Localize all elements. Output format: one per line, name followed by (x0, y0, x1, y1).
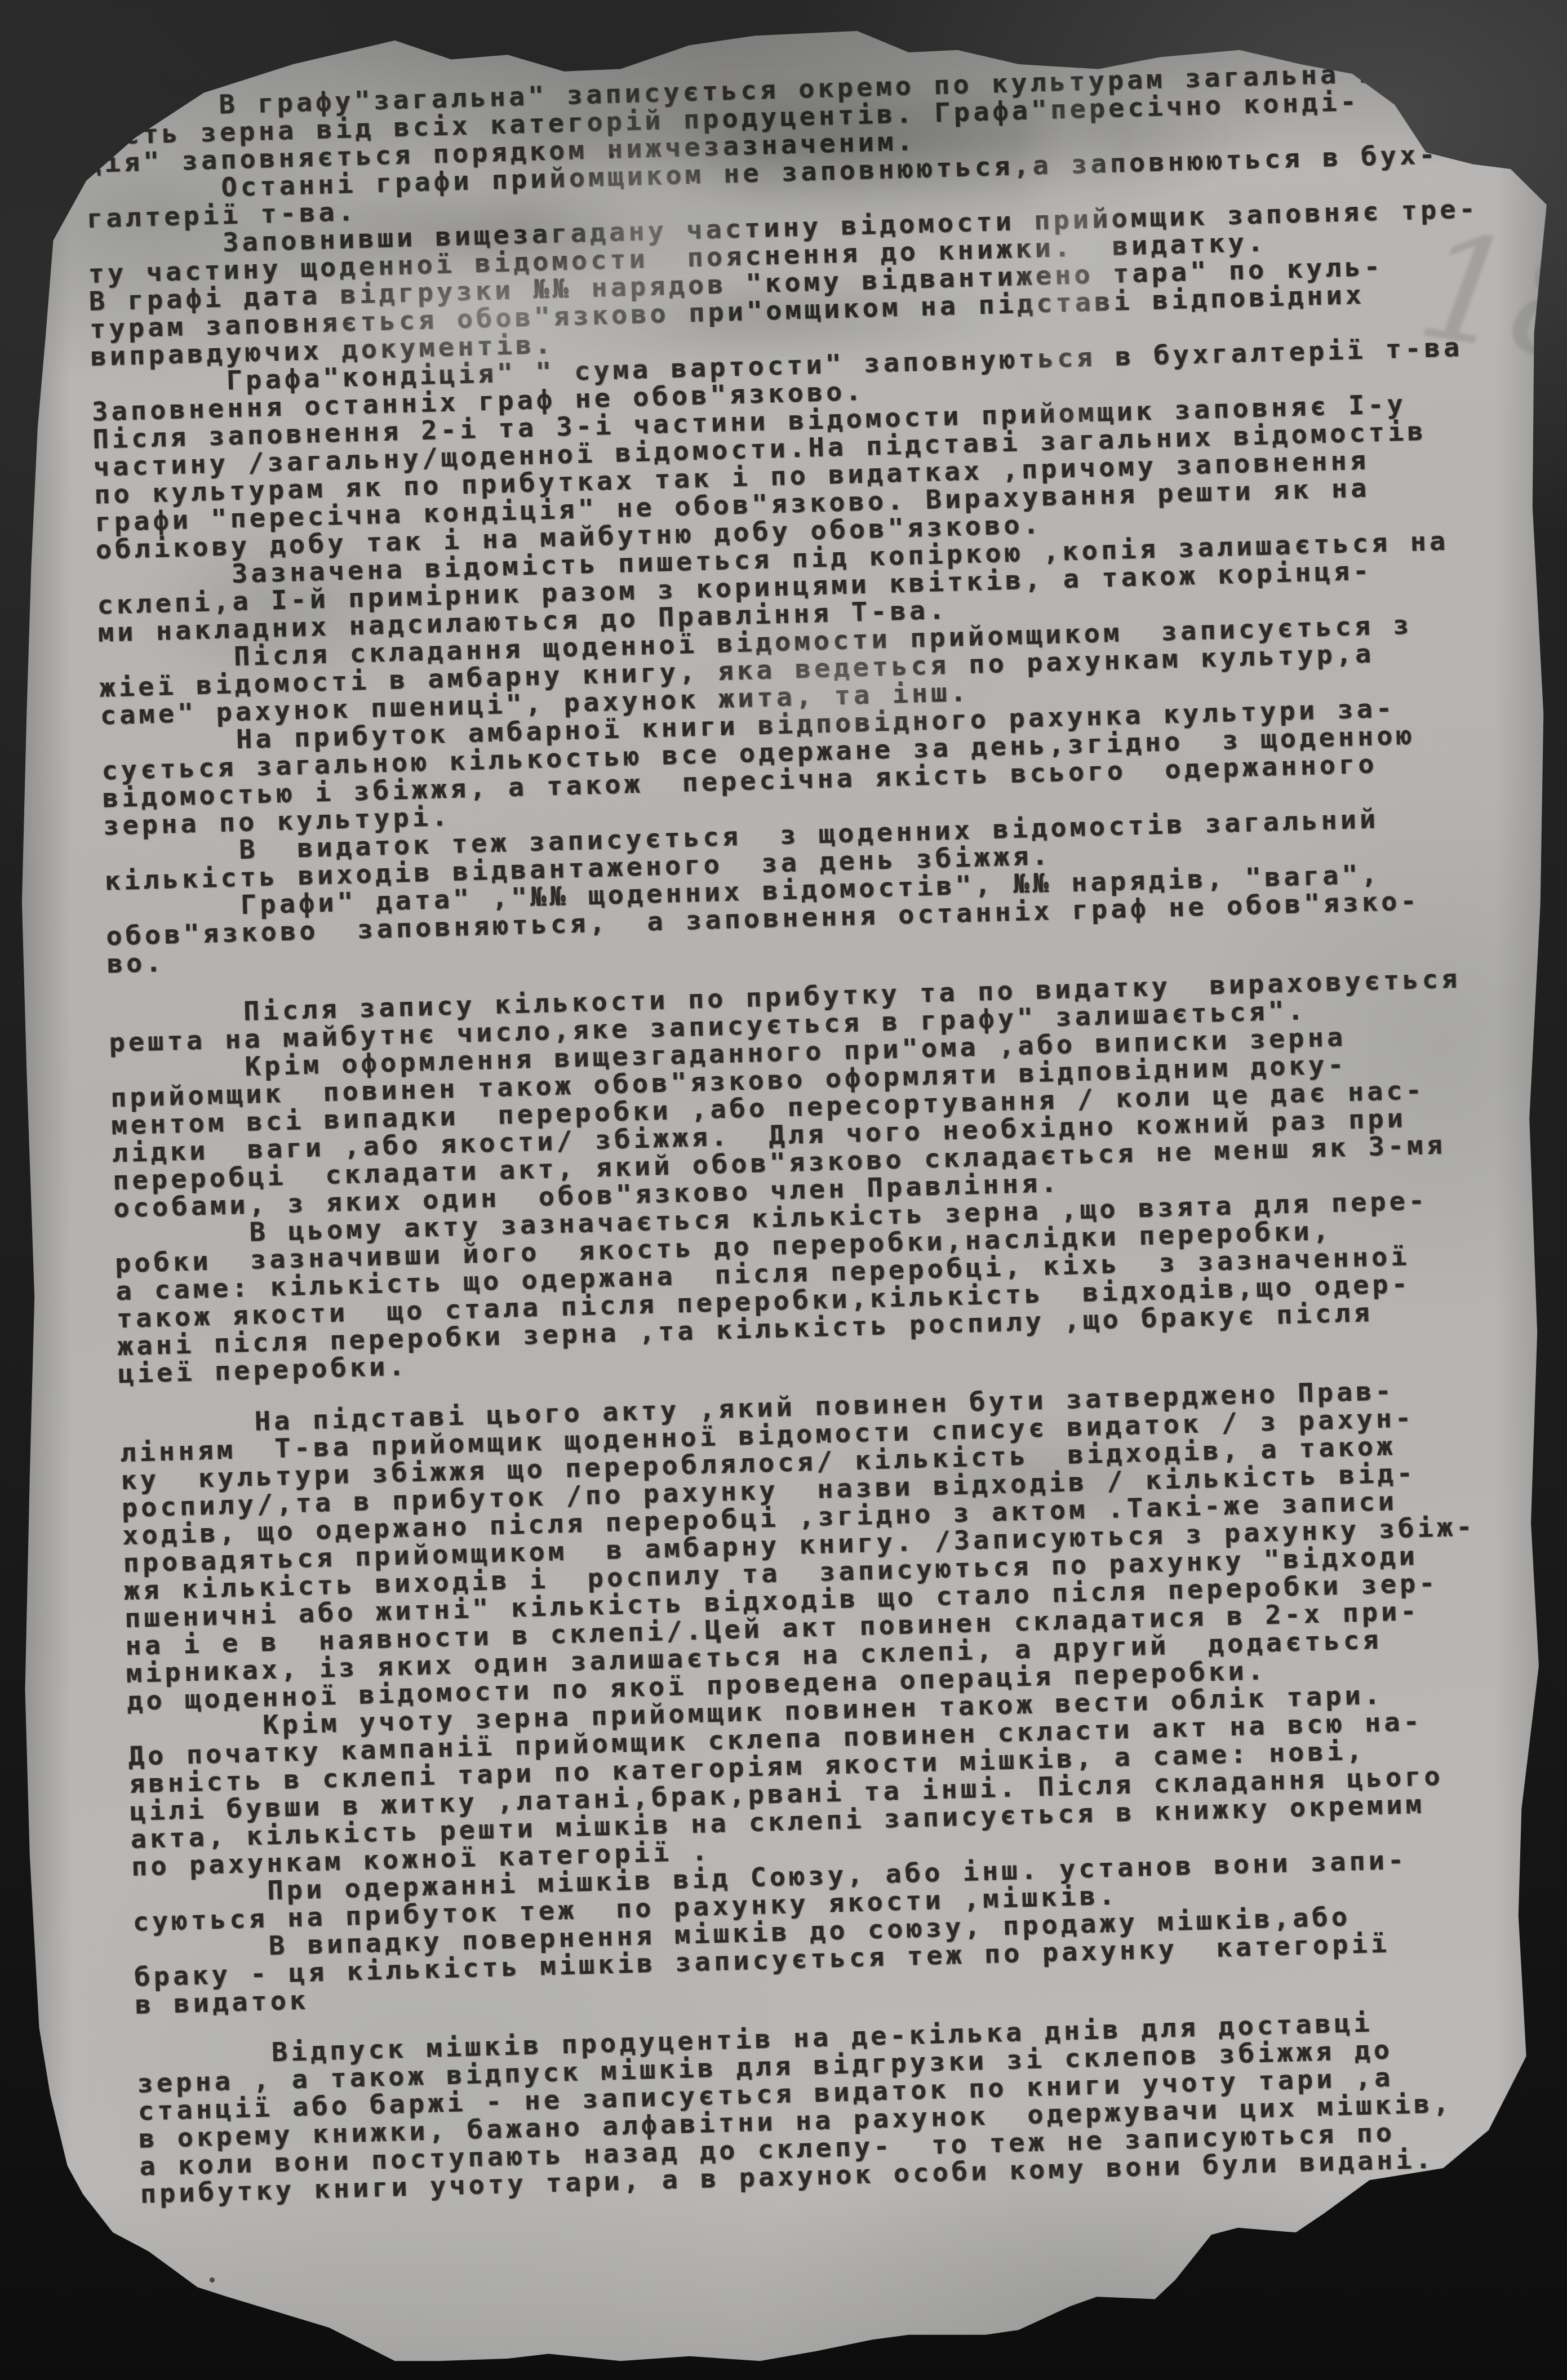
paper-speck (610, 153, 614, 158)
paragraph: В цьому акту зазначається кількість зерн… (114, 1184, 1538, 1388)
paragraph: На підставі цього акту ,який повинен бут… (119, 1373, 1547, 1715)
paper-speck (125, 1586, 131, 1592)
document-page: В графу"загальна" записується окремо по … (0, 0, 1567, 2380)
paper-speck (210, 2277, 215, 2283)
document-scan: В графу"загальна" записується окремо по … (0, 0, 1567, 2380)
paragraph: Відпуск мішків продуцентів на де-кілька … (136, 2004, 1560, 2208)
document-body: В графу"загальна" записується окремо по … (83, 56, 1560, 2208)
handwritten-page-number: 18 (1410, 212, 1567, 386)
